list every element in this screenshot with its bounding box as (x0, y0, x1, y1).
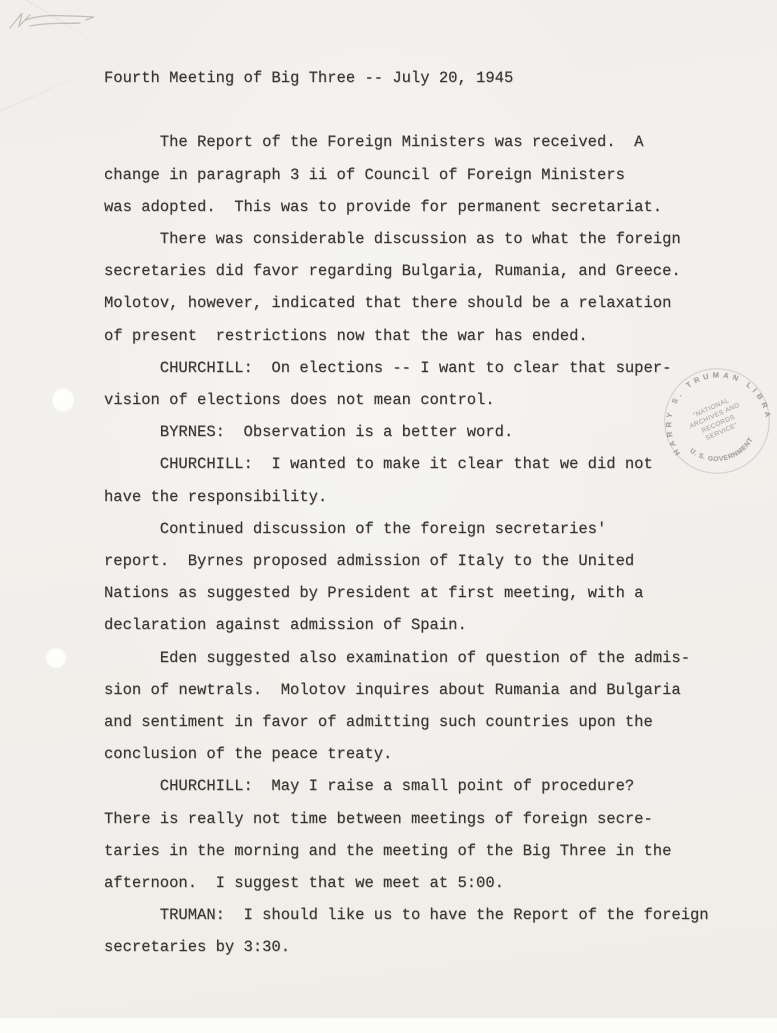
typescript-line: secretaries did favor regarding Bulgaria… (104, 255, 744, 287)
typescript-line: secretaries by 3:30. (104, 931, 744, 963)
typescript-line: of present restrictions now that the war… (104, 320, 744, 352)
paragraph: Eden suggested also examination of quest… (104, 642, 744, 771)
paper-flaw-spot (46, 648, 66, 668)
scan-background (0, 1018, 777, 1033)
typescript-line: have the responsibility. (104, 481, 744, 513)
paper-crease (0, 64, 105, 115)
typescript-line: Continued discussion of the foreign secr… (104, 513, 744, 545)
typescript-line: The Report of the Foreign Ministers was … (104, 126, 744, 158)
paragraph: Continued discussion of the foreign secr… (104, 513, 744, 642)
paper-sheet: Fourth Meeting of Big Three -- July 20, … (0, 0, 777, 1018)
typescript-line: BYRNES: Observation is a better word. (104, 416, 744, 448)
pencil-scribble-mark (6, 4, 116, 40)
typescript-line: Molotov, however, indicated that there s… (104, 287, 744, 319)
typescript-line: Nations as suggested by President at fir… (104, 577, 744, 609)
typescript-line: taries in the morning and the meeting of… (104, 835, 744, 867)
typescript-text-block: Fourth Meeting of Big Three -- July 20, … (104, 62, 744, 964)
typescript-line: was adopted. This was to provide for per… (104, 191, 744, 223)
typescript-line: afternoon. I suggest that we meet at 5:0… (104, 867, 744, 899)
paragraph: CHURCHILL: May I raise a small point of … (104, 770, 744, 899)
typescript-line: TRUMAN: I should like us to have the Rep… (104, 899, 744, 931)
typescript-line: conclusion of the peace treaty. (104, 738, 744, 770)
typescript-line: CHURCHILL: On elections -- I want to cle… (104, 352, 744, 384)
blank-line (104, 94, 744, 126)
paper-flaw-spot (52, 388, 74, 412)
typescript-line: change in paragraph 3 ii of Council of F… (104, 159, 744, 191)
paragraph: CHURCHILL: I wanted to make it clear tha… (104, 448, 744, 512)
typescript-line: CHURCHILL: May I raise a small point of … (104, 770, 744, 802)
typescript-line: CHURCHILL: I wanted to make it clear tha… (104, 448, 744, 480)
typescript-line: report. Byrnes proposed admission of Ita… (104, 545, 744, 577)
paragraph: There was considerable discussion as to … (104, 223, 744, 352)
paragraph: The Report of the Foreign Ministers was … (104, 126, 744, 223)
typescript-line: sion of newtrals. Molotov inquires about… (104, 674, 744, 706)
typescript-line: Eden suggested also examination of quest… (104, 642, 744, 674)
paragraph: BYRNES: Observation is a better word. (104, 416, 744, 448)
typescript-line: and sentiment in favor of admitting such… (104, 706, 744, 738)
document-title: Fourth Meeting of Big Three -- July 20, … (104, 62, 744, 94)
typescript-line: There is really not time between meeting… (104, 803, 744, 835)
paragraph: TRUMAN: I should like us to have the Rep… (104, 899, 744, 963)
typescript-line: There was considerable discussion as to … (104, 223, 744, 255)
scanned-document-page: Fourth Meeting of Big Three -- July 20, … (0, 0, 777, 1033)
typescript-line: declaration against admission of Spain. (104, 609, 744, 641)
